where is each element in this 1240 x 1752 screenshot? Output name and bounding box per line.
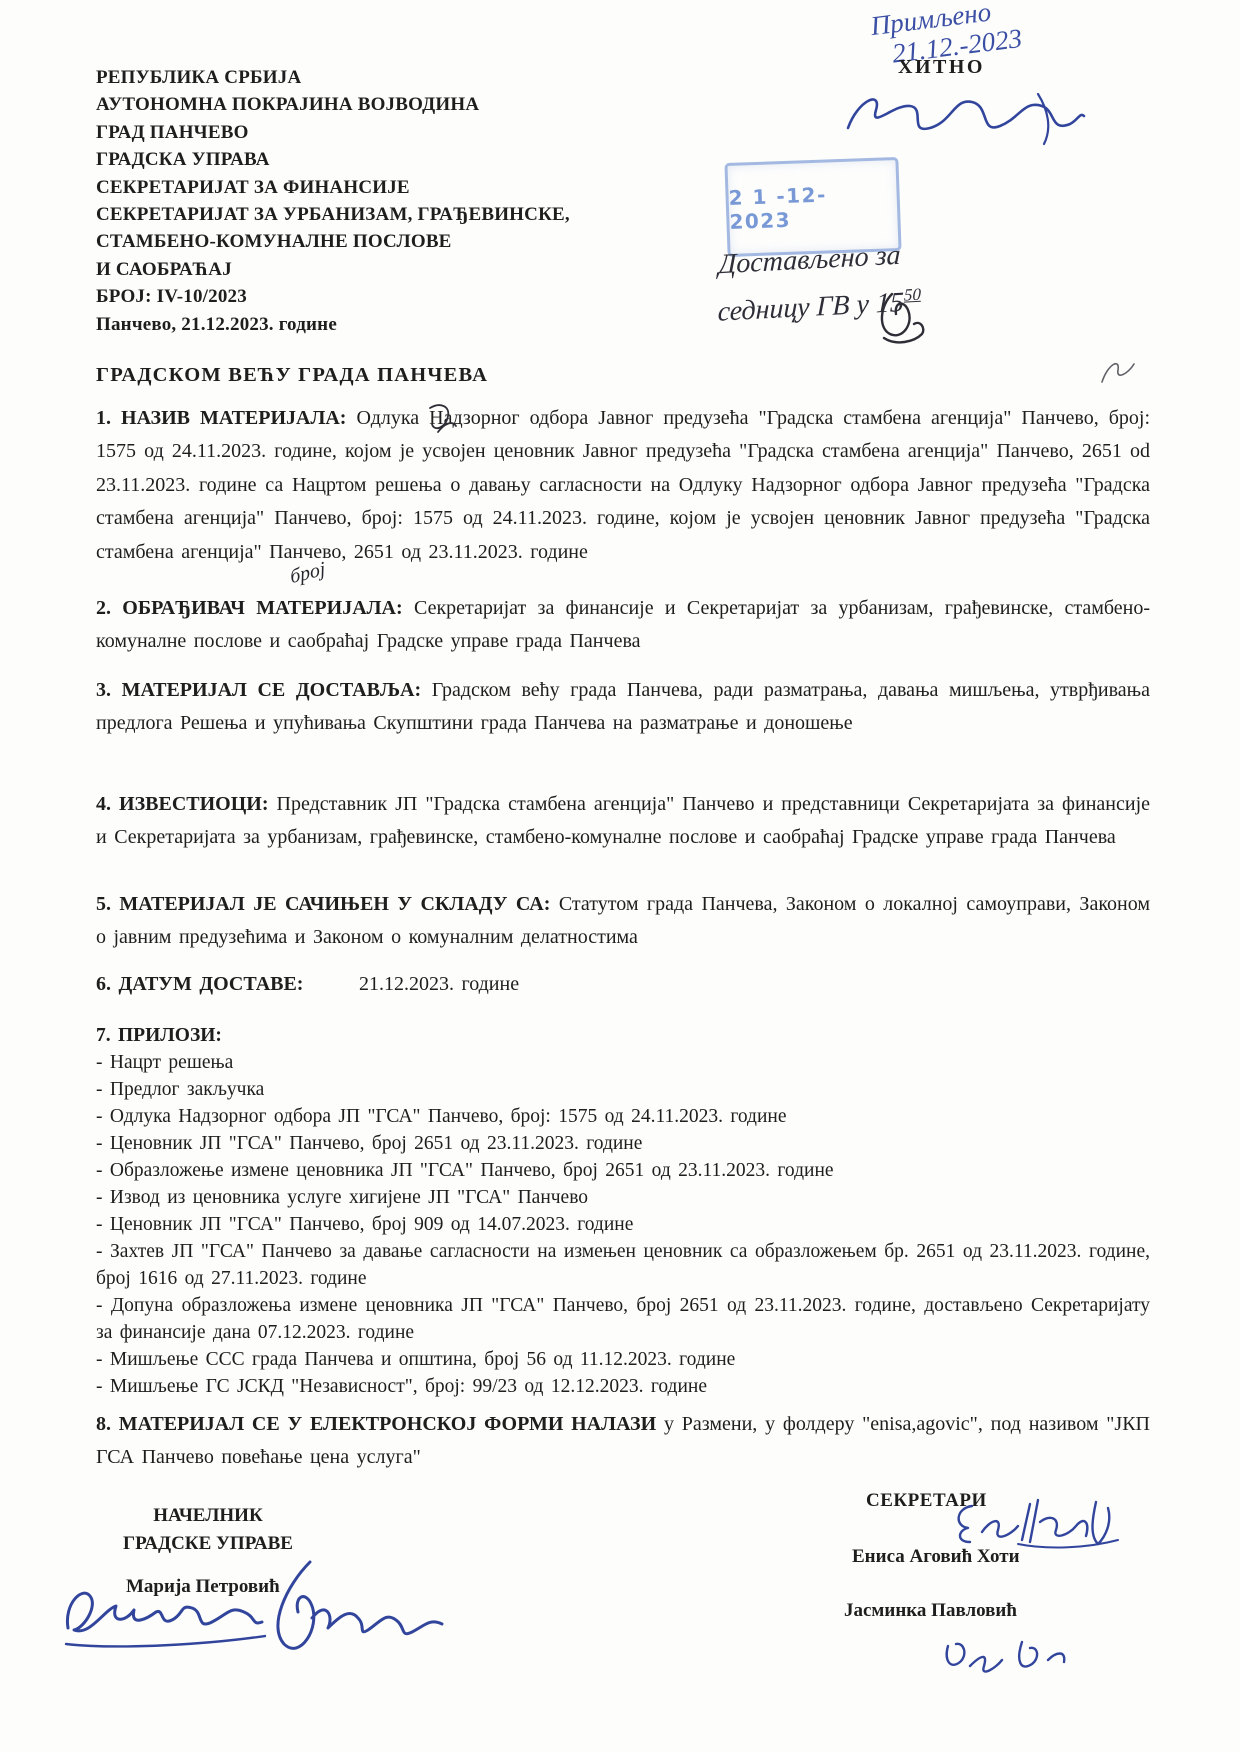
attachment-item: - Захтев ЈП "ГСА" Панчево за давање сагл… [96, 1238, 1150, 1292]
attachment-item: - Мишљење ГС ЈСКД "Независност", број: 9… [96, 1373, 1150, 1400]
section-8-label: 8. МАТЕРИЈАЛ СЕ У ЕЛЕКТРОНСКОЈ ФОРМИ НАЛ… [96, 1413, 656, 1435]
right-signer-name-2: Јасминка Павловић [844, 1600, 1017, 1622]
handwritten-initials [870, 284, 934, 344]
document-date: Панчево, 21.12.2023. године [96, 311, 570, 338]
signature-marija-petrovic-1 [60, 1566, 270, 1666]
letterhead-line: И САОБРАЋАЈ [96, 256, 570, 283]
section-8-elektronska-forma: 8. МАТЕРИЈАЛ СЕ У ЕЛЕКТРОНСКОЈ ФОРМИ НАЛ… [96, 1408, 1150, 1475]
attachment-item: - Образложење измене ценовника ЈП "ГСА" … [96, 1157, 1150, 1184]
document-page: РЕПУБЛИКА СРБИЈА АУТОНОМНА ПОКРАЈИНА ВОЈ… [0, 0, 1240, 1752]
section-1-text: Одлука Надзорног одбора Јавног предузећа… [96, 407, 1150, 563]
left-signer-title-line1: НАЧЕЛНИК [108, 1502, 308, 1530]
letterhead-line: АУТОНОМНА ПОКРАЈИНА ВОЈВОДИНА [96, 91, 570, 118]
left-signer-title-line2: ГРАДСКЕ УПРАВЕ [108, 1530, 308, 1558]
attachment-item: - Мишљење ССС града Панчева и општина, б… [96, 1346, 1150, 1373]
section-6-text: 21.12.2023. године [359, 973, 519, 995]
letterhead-line: СЕКРЕТАРИЈАТ ЗА УРБАНИЗАМ, ГРАЂЕВИНСКЕ, [96, 201, 570, 228]
signature-marija-petrovic-2 [250, 1556, 450, 1661]
letterhead-line: РЕПУБЛИКА СРБИЈА [96, 64, 570, 91]
section-4-izvestioci: 4. ИЗВЕСТИОЦИ: Представник ЈП "Градска с… [96, 788, 1150, 855]
document-number: БРОЈ: IV-10/2023 [96, 283, 570, 310]
attachment-item: - Предлог закључка [96, 1076, 1150, 1103]
letterhead-line: ГРАДСКА УПРАВА [96, 146, 570, 173]
addressee-title: ГРАДСКОМ ВЕЋУ ГРАДА ПАНЧЕВА [96, 364, 488, 387]
stamp-date-text: 2 1 -12- 2023 [728, 180, 898, 234]
section-7-prilozi: 7. ПРИЛОЗИ: - Нацрт решења - Предлог зак… [96, 1022, 1150, 1400]
section-2-obradjivac: 2. ОБРАЂИВАЧ МАТЕРИЈАЛА: Секретаријат за… [96, 592, 1150, 659]
handwritten-margin-mark [1096, 352, 1140, 390]
section-3-dostavlja: 3. МАТЕРИЈАЛ СЕ ДОСТАВЉА: Градском већу … [96, 674, 1150, 741]
letterhead: РЕПУБЛИКА СРБИЈА АУТОНОМНА ПОКРАЈИНА ВОЈ… [96, 64, 570, 338]
section-6-label: 6. ДАТУМ ДОСТАВЕ: [96, 973, 303, 995]
signature-enisa-agovic-hoti [948, 1492, 1128, 1550]
letterhead-line: ГРАД ПАНЧЕВО [96, 119, 570, 146]
section-1-label: 1. НАЗИВ МАТЕРИЈАЛА: [96, 407, 346, 429]
section-4-label: 4. ИЗВЕСТИОЦИ: [96, 793, 269, 815]
section-1-naziv-materijala: 1. НАЗИВ МАТЕРИЈАЛА: Одлука Надзорног од… [96, 402, 1150, 569]
handwritten-checkmark [424, 398, 460, 440]
attachment-item: - Ценовник ЈП "ГСА" Панчево, број 2651 о… [96, 1130, 1150, 1157]
handwritten-signature-top-right [838, 76, 1088, 151]
letterhead-line: СЕКРЕТАРИЈАТ ЗА ФИНАНСИЈЕ [96, 174, 570, 201]
attachment-item: - Нацрт решења [96, 1049, 1150, 1076]
section-3-label: 3. МАТЕРИЈАЛ СЕ ДОСТАВЉА: [96, 679, 421, 701]
section-5-sacinjen-u-skladu: 5. МАТЕРИЈАЛ ЈЕ САЧИЊЕН У СКЛАДУ СА: Ста… [96, 888, 1150, 955]
signature-jasminka-pavlovic [936, 1626, 1096, 1681]
delivered-line1: Достављено за [718, 240, 901, 281]
section-6-datum-dostave: 6. ДАТУМ ДОСТАВЕ: 21.12.2023. године [96, 968, 1150, 1001]
letterhead-line: СТАМБЕНО-КОМУНАЛНЕ ПОСЛОВЕ [96, 228, 570, 255]
section-7-label: 7. ПРИЛОЗИ: [96, 1022, 1150, 1049]
attachment-item: - Ценовник ЈП "ГСА" Панчево, број 909 од… [96, 1211, 1150, 1238]
section-5-label: 5. МАТЕРИЈАЛ ЈЕ САЧИЊЕН У СКЛАДУ СА: [96, 893, 550, 915]
section-2-label: 2. ОБРАЂИВАЧ МАТЕРИЈАЛА: [96, 597, 403, 619]
attachment-item: - Одлука Надзорног одбора ЈП "ГСА" Панче… [96, 1103, 1150, 1130]
left-signer-title: НАЧЕЛНИК ГРАДСКЕ УПРАВЕ [108, 1502, 308, 1557]
attachment-item: - Допуна образложења измене ценовника ЈП… [96, 1292, 1150, 1346]
attachment-item: - Извод из ценовника услуге хигијене ЈП … [96, 1184, 1150, 1211]
right-signer-name-1: Ениса Аговић Хоти [852, 1546, 1020, 1568]
